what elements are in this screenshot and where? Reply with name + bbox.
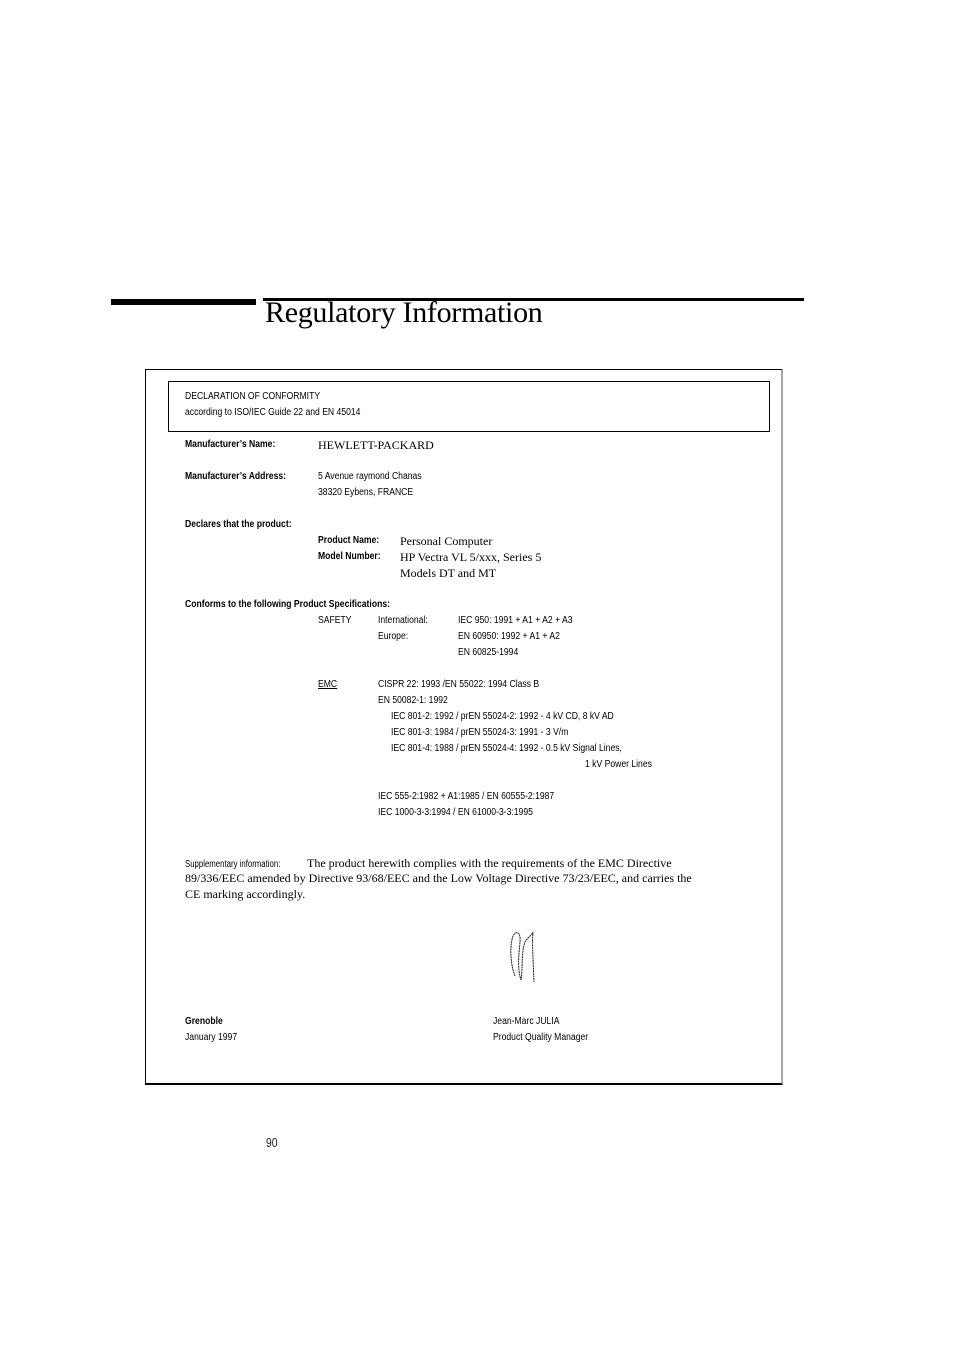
product-name-label: Product Name: [318,535,379,546]
emc-sub-spec: IEC 801-3: 1984 / prEN 55024-3: 1991 - 3… [391,727,568,738]
place: Grenoble [185,1016,223,1027]
signatory-name: Jean-Marc JULIA [493,1016,559,1027]
supplementary-text: CE marking accordingly. [185,887,305,902]
manufacturer-name: HEWLETT-PACKARD [318,438,434,453]
safety-region: International: [378,615,428,626]
supplementary-text: The product herewith complies with the r… [307,856,672,870]
emc-sub-spec: IEC 801-2: 1992 / prEN 55024-2: 1992 - 4… [391,711,614,722]
supplementary-line: Supplementary information:The product he… [185,854,672,872]
manufacturer-address-label: Manufacturer’s Address: [185,471,286,482]
emc-extra-spec: IEC 555-2:1982 + A1:1985 / EN 60555-2:19… [378,791,554,802]
manufacturer-name-label: Manufacturer’s Name: [185,439,275,450]
safety-region: Europe: [378,631,408,642]
signature-icon [505,928,545,986]
emc-extra-spec: IEC 1000-3-3:1994 / EN 61000-3-3:1995 [378,807,533,818]
date: January 1997 [185,1032,237,1043]
conforms-label: Conforms to the following Product Specif… [185,599,390,610]
safety-spec: IEC 950: 1991 + A1 + A2 + A3 [458,615,573,626]
safety-spec: EN 60950: 1992 + A1 + A2 [458,631,560,642]
emc-label: EMC [318,679,337,690]
emc-spec: CISPR 22: 1993 /EN 55022: 1994 Class B [378,679,539,690]
manufacturer-address-line: 5 Avenue raymond Chanas [318,471,422,482]
model-number-line: Models DT and MT [400,566,496,581]
page-title: Regulatory Information [265,296,543,330]
emc-sub-spec: IEC 801-4: 1988 / prEN 55024-4: 1992 - 0… [391,743,622,754]
product-name: Personal Computer [400,534,492,549]
model-number-line: HP Vectra VL 5/xxx, Series 5 [400,550,541,565]
emc-spec: EN 50082-1: 1992 [378,695,448,706]
signatory-title: Product Quality Manager [493,1032,588,1043]
supplementary-text: 89/336/EEC amended by Directive 93/68/EE… [185,871,692,886]
declares-label: Declares that the product: [185,519,292,530]
supplementary-label: Supplementary information: [185,859,280,870]
emc-continuation: 1 kV Power Lines [585,759,652,770]
declaration-subheading: according to ISO/IEC Guide 22 and EN 450… [185,407,360,418]
safety-label: SAFETY [318,615,351,626]
header-rule-thick [111,299,256,305]
model-number-label: Model Number: [318,551,381,562]
declaration-heading: DECLARATION OF CONFORMITY [185,391,320,402]
safety-spec: EN 60825-1994 [458,647,518,658]
page-number: 90 [266,1135,278,1150]
manufacturer-address-line: 38320 Eybens, FRANCE [318,487,413,498]
